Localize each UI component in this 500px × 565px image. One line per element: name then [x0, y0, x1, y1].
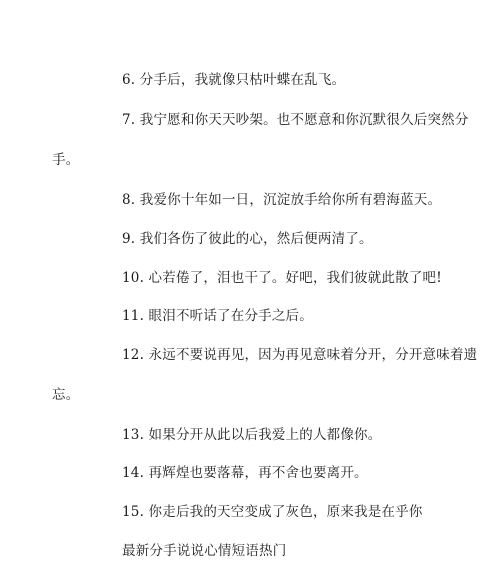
document-page: 6. 分手后，我就像只枯叶蝶在乱飞。 7. 我宁愿和你天天吵架。也不愿意和你沉默…: [0, 0, 500, 565]
paragraph-12-continuation: 忘。: [52, 386, 79, 404]
paragraph-6: 6. 分手后，我就像只枯叶蝶在乱飞。: [122, 71, 345, 89]
paragraph-9: 9. 我们各伤了彼此的心，然后便两清了。: [122, 230, 373, 248]
section-heading: 最新分手说说心情短语热门: [122, 542, 286, 560]
paragraph-15: 15. 你走后我的天空变成了灰色，原来我是在乎你: [122, 503, 423, 521]
paragraph-10: 10. 心若倦了，泪也干了。好吧，我们彼就此散了吧!: [122, 269, 442, 287]
paragraph-14: 14. 再辉煌也要落幕，再不舍也要离开。: [122, 464, 368, 482]
paragraph-12: 12. 永远不要说再见，因为再见意味着分开，分开意味着遗: [122, 346, 477, 364]
paragraph-13: 13. 如果分开从此以后我爱上的人都像你。: [122, 426, 381, 444]
paragraph-8: 8. 我爱你十年如一日，沉淀放手给你所有碧海蓝天。: [122, 191, 441, 209]
paragraph-7: 7. 我宁愿和你天天吵架。也不愿意和你沉默很久后突然分: [122, 111, 469, 129]
paragraph-11: 11. 眼泪不听话了在分手之后。: [122, 307, 313, 325]
paragraph-7-continuation: 手。: [52, 151, 79, 169]
